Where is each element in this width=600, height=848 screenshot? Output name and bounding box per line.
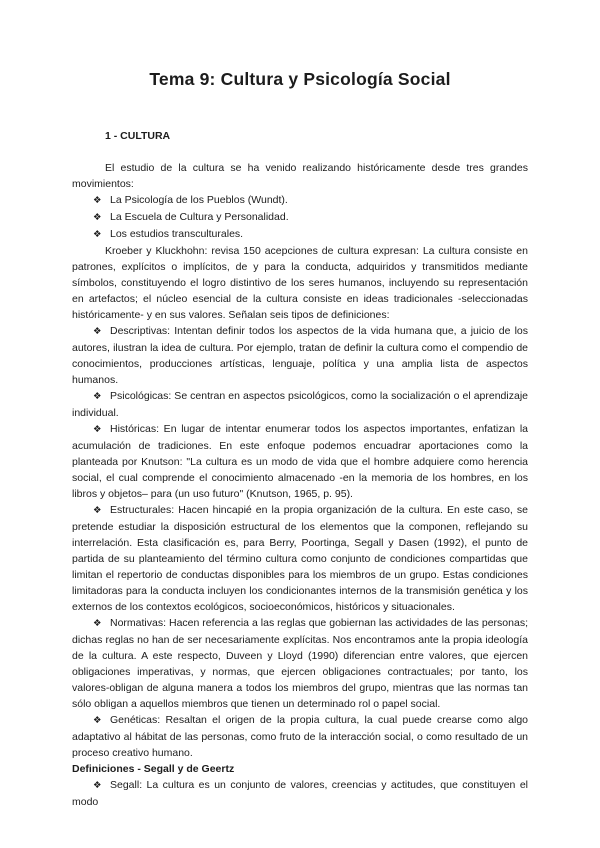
- bullet-item: ❖Normativas: Hacen referencia a las regl…: [72, 615, 528, 712]
- bullet-diamond-icon: ❖: [93, 778, 110, 794]
- document-page: Tema 9: Cultura y Psicología Social 1 - …: [0, 0, 600, 848]
- document-body: 1 - CULTURAEl estudio de la cultura se h…: [72, 128, 528, 810]
- bullet-diamond-icon: ❖: [93, 227, 110, 243]
- bullet-item: ❖Históricas: En lugar de intentar enumer…: [72, 421, 528, 502]
- bullet-item: ❖Genéticas: Resaltan el origen de la pro…: [72, 712, 528, 761]
- bullet-text: Descriptivas: Intentan definir todos los…: [72, 325, 528, 386]
- bullet-item: ❖Los estudios transculturales.: [72, 226, 528, 243]
- bullet-text: Psicológicas: Se centran en aspectos psi…: [72, 390, 528, 419]
- bullet-diamond-icon: ❖: [93, 503, 110, 519]
- bullet-diamond-icon: ❖: [93, 422, 110, 438]
- paragraph: Kroeber y Kluckhohn: revisa 150 acepcion…: [72, 243, 528, 323]
- bullet-item: ❖La Escuela de Cultura y Personalidad.: [72, 209, 528, 226]
- bullet-item: ❖Segall: La cultura es un conjunto de va…: [72, 777, 528, 810]
- paragraph: El estudio de la cultura se ha venido re…: [72, 160, 528, 192]
- bullet-diamond-icon: ❖: [93, 616, 110, 632]
- bullet-item: ❖Estructurales: Hacen hincapié en la pro…: [72, 502, 528, 615]
- bullet-text: La Psicología de los Pueblos (Wundt).: [110, 194, 288, 206]
- bullet-diamond-icon: ❖: [93, 389, 110, 405]
- bullet-diamond-icon: ❖: [93, 193, 110, 209]
- bullet-text: Segall: La cultura es un conjunto de val…: [72, 779, 528, 808]
- sub-heading: Definiciones - Segall y de Geertz: [72, 761, 528, 777]
- bullet-text: Genéticas: Resaltan el origen de la prop…: [72, 714, 528, 759]
- bullet-diamond-icon: ❖: [93, 210, 110, 226]
- bullet-text: Históricas: En lugar de intentar enumera…: [72, 423, 528, 500]
- section-heading: 1 - CULTURA: [72, 128, 528, 144]
- bullet-item: ❖Psicológicas: Se centran en aspectos ps…: [72, 388, 528, 421]
- bullet-text: Normativas: Hacen referencia a las regla…: [72, 617, 528, 710]
- bullet-text: Estructurales: Hacen hincapié en la prop…: [72, 504, 528, 613]
- page-title: Tema 9: Cultura y Psicología Social: [72, 68, 528, 90]
- bullet-item: ❖La Psicología de los Pueblos (Wundt).: [72, 192, 528, 209]
- bullet-diamond-icon: ❖: [93, 324, 110, 340]
- bullet-text: Los estudios transculturales.: [110, 228, 243, 240]
- bullet-item: ❖Descriptivas: Intentan definir todos lo…: [72, 323, 528, 388]
- bullet-diamond-icon: ❖: [93, 713, 110, 729]
- bullet-text: La Escuela de Cultura y Personalidad.: [110, 211, 289, 223]
